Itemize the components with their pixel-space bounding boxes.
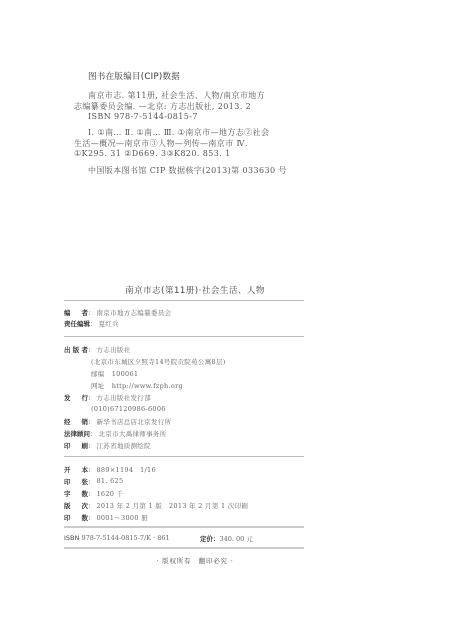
label-char: 字 (64, 489, 71, 498)
words-value: 1620 千 (97, 489, 124, 498)
label-char: 印 (64, 441, 71, 450)
print-run-row: 印数：0001～3000 册 (64, 513, 148, 522)
responsible-editor-row: 责任编辑：夏红兵 (64, 319, 119, 328)
price-label: 定价： (200, 535, 220, 543)
cip-line: 南京市志. 第11册, 社会生活、人物/南京市地方 (88, 90, 265, 101)
isbn-value: 978-7-5144-0815-7/K · 861 (79, 534, 169, 542)
publisher-row: 出版者：方志出版社 (64, 345, 131, 354)
postcode-label: 邮编 (91, 370, 105, 378)
responsible-editor-value: 夏红兵 (99, 319, 119, 328)
format-row: 开本：889×1194 1/16 (64, 465, 156, 474)
label-char: 印 (64, 513, 71, 522)
isbn-prefix: ISBN (64, 534, 79, 542)
postcode-value: 100061 (112, 370, 139, 378)
isbn-row: ISBN 978-7-5144-0815-7/K · 861 (64, 534, 170, 542)
website-link[interactable]: http://www.fzph.org (112, 382, 183, 390)
printer-row: 印刷：江苏省地质测绘院 (64, 441, 151, 450)
printer-value: 江苏省地质测绘院 (97, 441, 151, 450)
cip-title: 图书在版编目(CIP)数据 (88, 70, 180, 82)
label-char: 开 (64, 465, 71, 474)
edition-value: 2013 年 2 月第 1 版 2013 年 2 月第 1 次印刷 (97, 501, 249, 510)
website-label: 网址 (91, 382, 105, 390)
cip-line: 志编纂委员会编. —北京: 方志出版社, 2013. 2 (74, 101, 251, 112)
divider (64, 300, 304, 301)
price-row: 定价：340. 00 元 (200, 534, 253, 543)
edition-row: 版次：2013 年 2 月第 1 版 2013 年 2 月第 1 次印刷 (64, 501, 248, 510)
publisher-value: 方志出版社 (97, 345, 131, 354)
website-row: 网址 http://www.fzph.org (91, 381, 183, 390)
legal-row: 法律顾问：北京市大禹律师事务所 (64, 429, 167, 438)
distributor-value: 方志出版社发行部 (97, 393, 151, 402)
postcode-row: 邮编 100061 (91, 369, 138, 378)
divider (64, 336, 304, 337)
copyright-notice: · 版权所有 翻印必究 · (0, 556, 390, 565)
dealer-row: 经销：新华书店总店北京发行所 (64, 417, 171, 426)
label-char: 版 (64, 501, 71, 510)
sheets-row: 印张：81. 625 (64, 477, 123, 486)
publisher-address: (北京市东城区夕照寺14号院贡院苑公寓8层) (91, 357, 226, 366)
label-char: 印 (64, 477, 71, 486)
print-run-value: 0001～3000 册 (97, 513, 148, 522)
price-value: 340. 00 元 (220, 535, 253, 543)
label-text: 责任编辑 (64, 319, 90, 328)
dealer-value: 新华书店总店北京发行所 (97, 417, 172, 426)
label-char: 出 (64, 345, 71, 354)
label-text: 法律顾问 (64, 429, 90, 438)
editor-row: 编者：南京市地方志编纂委员会 (64, 308, 171, 317)
book-title: 南京市志(第11册)·社会生活、人物 (0, 284, 390, 296)
words-row: 字数：1620 千 (64, 489, 123, 498)
divider (64, 526, 304, 528)
cip-line: ISBN 978-7-5144-0815-7 (88, 112, 198, 121)
cip-line: Ⅰ. ①南… Ⅱ. ①南… Ⅲ. ①南京市—地方志②社会 (88, 127, 269, 138)
format-value: 889×1194 1/16 (97, 465, 156, 474)
label-char: 发 (64, 393, 71, 402)
cip-line: ①K295. 31 ②D669. 3③K820. 853. 1 (74, 149, 231, 158)
cip-line: 生活—概况—南京市③人物—列传—南京市 Ⅳ. (74, 138, 248, 149)
cip-record-number: 中国版本图书馆 CIP 数据核字(2013)第 033630 号 (88, 165, 287, 176)
distributor-row: 发行：方志出版社发行部 (64, 393, 151, 402)
editor-value: 南京市地方志编纂委员会 (97, 308, 172, 317)
divider (64, 456, 304, 457)
label-char: 编 (64, 308, 71, 317)
legal-value: 北京市大禹律师事务所 (99, 429, 167, 438)
distributor-phone: (010)67120986-6006 (91, 405, 166, 413)
label-char: 经 (64, 417, 71, 426)
divider (64, 547, 304, 549)
label-char: 版 (73, 345, 80, 354)
sheets-value: 81. 625 (97, 477, 124, 486)
